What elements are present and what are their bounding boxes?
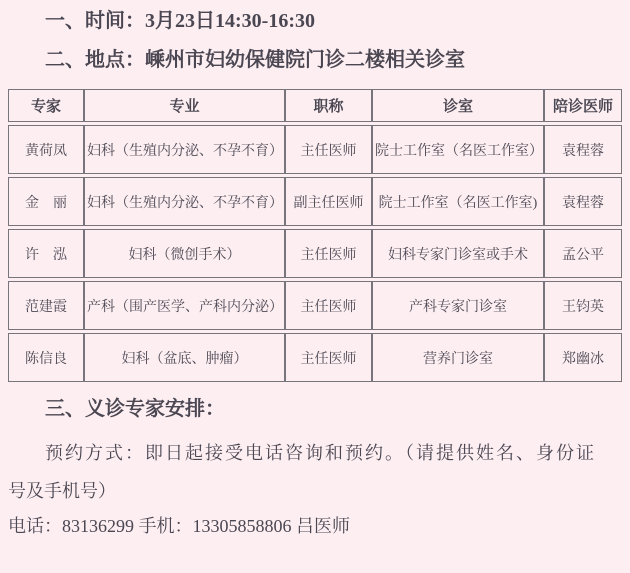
table-row: 金 丽妇科（生殖内分泌、不孕不育）副主任医师院士工作室（名医工作室)袁程蓉 <box>8 177 622 226</box>
table-header-cell: 专业 <box>84 89 285 122</box>
table-cell: 院士工作室（名医工作室) <box>372 177 544 226</box>
table-cell: 郑幽冰 <box>544 333 622 382</box>
table-cell: 主任医师 <box>285 229 372 278</box>
table-cell: 产科（围产医学、产科内分泌） <box>84 281 285 330</box>
contact-line: 电话：83136299 手机：13305858806 吕医师 <box>8 516 622 537</box>
table-cell: 黄荷凤 <box>8 125 84 174</box>
location-line: 二、地点：嵊州市妇幼保健院门诊二楼相关诊室 <box>8 49 622 71</box>
table-row: 许 泓妇科（微创手术）主任医师妇科专家门诊室或手术孟公平 <box>8 229 622 278</box>
table-cell: 主任医师 <box>285 281 372 330</box>
notice-page: { "page": { "background_color": "#fceef1… <box>0 0 630 573</box>
table-header-row: 专家专业职称诊室陪诊医师 <box>8 89 622 122</box>
table-row: 范建霞产科（围产医学、产科内分泌）主任医师产科专家门诊室王钧英 <box>8 281 622 330</box>
table-cell: 营养门诊室 <box>372 333 544 382</box>
table-header-cell: 陪诊医师 <box>544 89 622 122</box>
time-line: 一、时间：3月23日14:30-16:30 <box>8 10 622 32</box>
table-cell: 妇科（生殖内分泌、不孕不育） <box>84 177 285 226</box>
table-body: 黄荷凤妇科（生殖内分泌、不孕不育）主任医师院士工作室（名医工作室）袁程蓉金 丽妇… <box>8 125 622 382</box>
table-cell: 许 泓 <box>8 229 84 278</box>
document: 一、时间：3月23日14:30-16:30 二、地点：嵊州市妇幼保健院门诊二楼相… <box>0 0 630 537</box>
table-cell: 袁程蓉 <box>544 177 622 226</box>
table-cell: 王钧英 <box>544 281 622 330</box>
table-cell: 袁程蓉 <box>544 125 622 174</box>
table-cell: 妇科（微创手术） <box>84 229 285 278</box>
table-cell: 主任医师 <box>285 125 372 174</box>
table-row: 黄荷凤妇科（生殖内分泌、不孕不育）主任医师院士工作室（名医工作室）袁程蓉 <box>8 125 622 174</box>
table-cell: 陈信良 <box>8 333 84 382</box>
booking-line-2: 号及手机号） <box>8 481 622 502</box>
table-header-cell: 职称 <box>285 89 372 122</box>
booking-line-1: 预约方式：即日起接受电话咨询和预约。（请提供姓名、身份证 <box>8 443 622 464</box>
table-cell: 副主任医师 <box>285 177 372 226</box>
table-cell: 孟公平 <box>544 229 622 278</box>
table-cell: 院士工作室（名医工作室） <box>372 125 544 174</box>
section3-heading: 三、义诊专家安排： <box>8 398 622 420</box>
table-cell: 主任医师 <box>285 333 372 382</box>
table-cell: 金 丽 <box>8 177 84 226</box>
table-header-cell: 专家 <box>8 89 84 122</box>
experts-table: 专家专业职称诊室陪诊医师 黄荷凤妇科（生殖内分泌、不孕不育）主任医师院士工作室（… <box>8 86 622 385</box>
table-cell: 范建霞 <box>8 281 84 330</box>
table-row: 陈信良妇科（盆底、肿瘤）主任医师营养门诊室郑幽冰 <box>8 333 622 382</box>
table-cell: 产科专家门诊室 <box>372 281 544 330</box>
table-cell: 妇科（生殖内分泌、不孕不育） <box>84 125 285 174</box>
table-cell: 妇科（盆底、肿瘤） <box>84 333 285 382</box>
table-cell: 妇科专家门诊室或手术 <box>372 229 544 278</box>
table-header-cell: 诊室 <box>372 89 544 122</box>
